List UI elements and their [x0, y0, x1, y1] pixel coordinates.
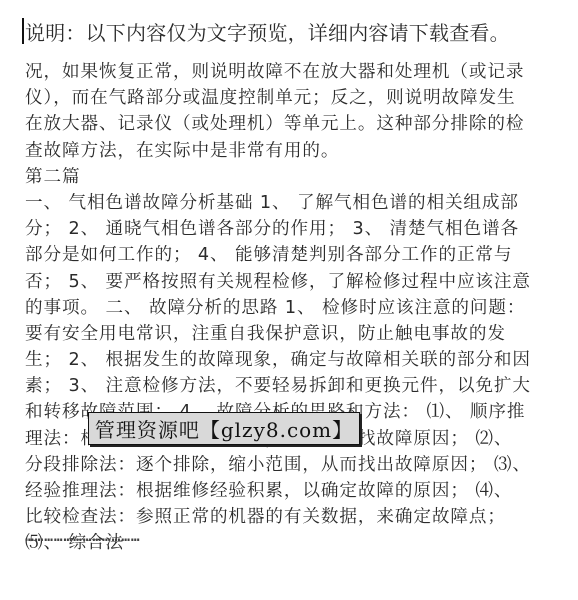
text-line: 在放大器、记录仪（或处理机）等单元上。这种部分排除的检	[25, 111, 565, 137]
text-line: 况，如果恢复正常，则说明故障不在放大器和处理机（或记录	[25, 59, 565, 85]
text-line: 比较检查法：参照正常的机器的有关数据，来确定故障点；	[25, 504, 565, 530]
document-body: 况，如果恢复正常，则说明故障不在放大器和处理机（或记录 仪），而在气路部分或温度…	[25, 59, 565, 557]
text-line: 部分是如何工作的； 4、 能够清楚判别各部分工作的正常与	[25, 242, 565, 268]
section-heading: 第二篇	[25, 164, 565, 190]
text-line: 分； 2、 通晓气相色谱各部分的作用； 3、 清楚气相色谱各	[25, 216, 565, 242]
watermark-text: 管理资源吧【glzy8.com】	[95, 414, 353, 443]
text-line: 一、 气相色谱故障分析基础 1、 了解气相色谱的相关组成部	[25, 190, 565, 216]
text-line: 素； 3、 注意检修方法，不要轻易拆卸和更换元件，以免扩大	[25, 373, 565, 399]
text-line: 要有安全用电常识，注重自我保护意识，防止触电事故的发	[25, 321, 565, 347]
preview-notice-text: 说明：以下内容仅为文字预览，详细内容请下载查看。	[25, 17, 510, 46]
text-line: 仪），而在气路部分或温度控制单元；反之，则说明故障发生	[25, 85, 565, 111]
ellipsis-more-content: ⋯⋯⋯⋯⋯⋯⋯⋯⋯⋯⋯⋯	[25, 532, 141, 548]
text-line: 否； 5、 要严格按照有关规程检修，了解检修过程中应该注意	[25, 269, 565, 295]
text-line: 查故障方法，在实际中是非常有用的。	[25, 138, 565, 164]
watermark-banner: 管理资源吧【glzy8.com】	[88, 412, 360, 445]
text-line: 生； 2、 根据发生的故障现象，确定与故障相关联的部分和因	[25, 347, 565, 373]
text-line: 经验推理法：根据维修经验积累，以确定故障的原因； ⑷、	[25, 478, 565, 504]
text-line: 的事项。 二、 故障分析的思路 1、 检修时应该注意的问题：	[25, 295, 565, 321]
preview-notice: 说明：以下内容仅为文字预览，详细内容请下载查看。	[22, 14, 510, 48]
text-line: 分段排除法：逐个排除，缩小范围，从而找出故障原因； ⑶、	[25, 452, 565, 478]
text-cursor	[22, 18, 24, 44]
